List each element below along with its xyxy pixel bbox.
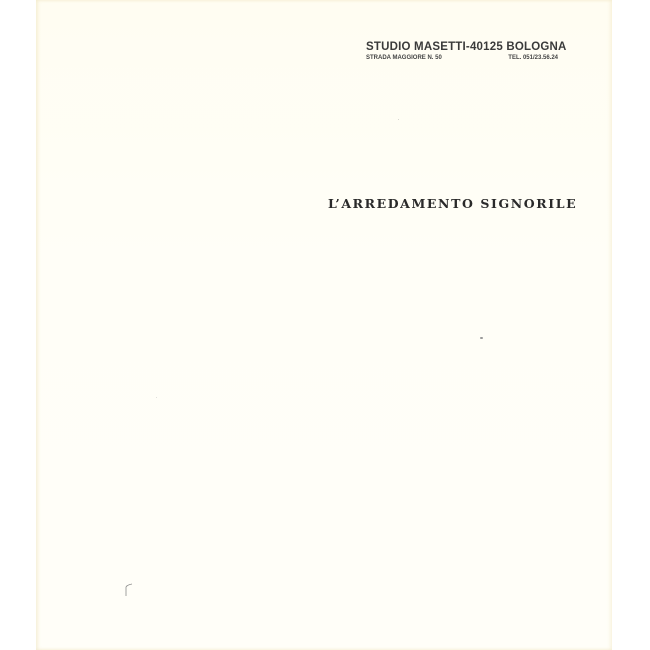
address: STRADA MAGGIORE N. 50 — [366, 55, 442, 61]
pencil-mark — [124, 583, 134, 597]
paper-speck — [480, 337, 483, 339]
document-title: L’ARREDAMENTO SIGNORILE — [328, 196, 577, 211]
paper-speck — [398, 119, 399, 120]
studio-name: STUDIO MASETTI — [366, 41, 466, 53]
postal-city: 40125 BOLOGNA — [470, 41, 567, 53]
phone: TEL. 051/23.56.24 — [508, 55, 558, 61]
letterhead-line-2: STRADA MAGGIORE N. 50 TEL. 051/23.56.24 — [366, 55, 558, 61]
document-page: STUDIO MASETTI - 40125 BOLOGNA STRADA MA… — [36, 0, 612, 650]
letterhead-stamp: STUDIO MASETTI - 40125 BOLOGNA STRADA MA… — [366, 41, 558, 61]
letterhead-line-1: STUDIO MASETTI - 40125 BOLOGNA — [366, 41, 558, 53]
paper-speck — [156, 397, 157, 398]
